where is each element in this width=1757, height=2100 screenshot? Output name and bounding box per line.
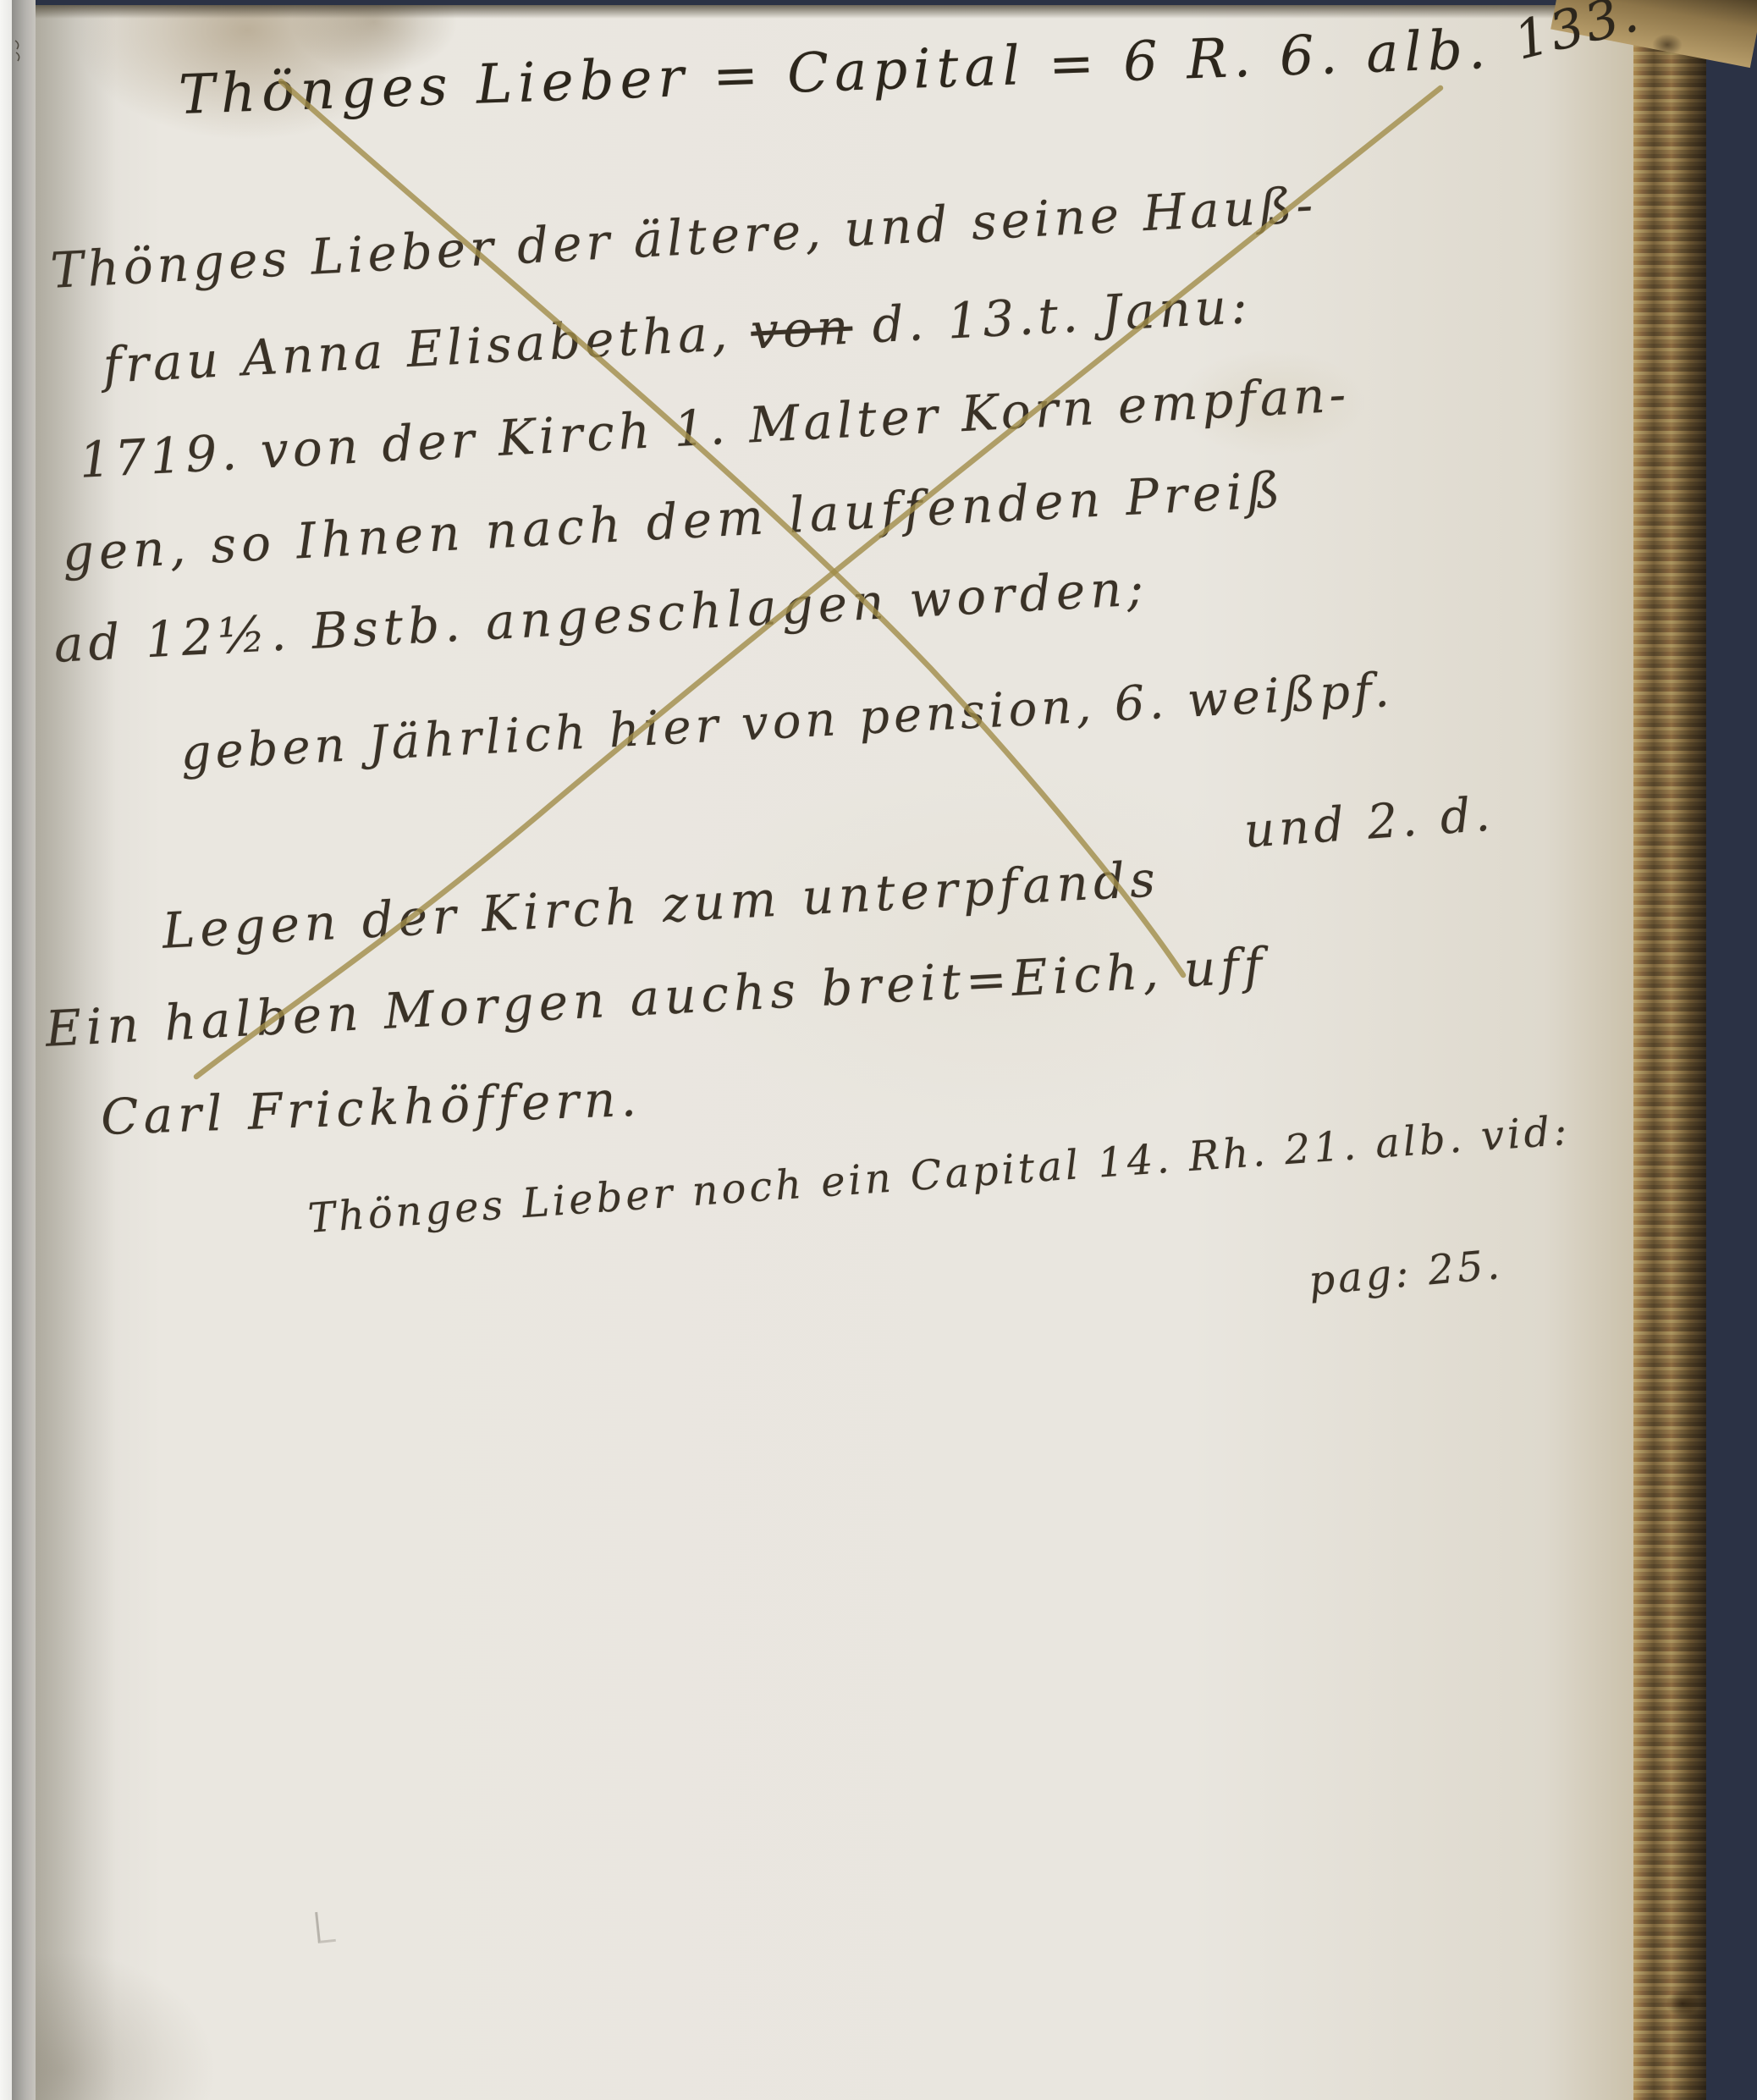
previous-page-sliver xyxy=(12,0,36,2100)
margin-squiggle xyxy=(14,37,24,71)
fore-edge-stain xyxy=(1666,1991,1699,2016)
book-fore-edge xyxy=(1633,0,1706,2100)
scanner-edge xyxy=(0,0,12,2100)
struck-word: von xyxy=(749,298,853,361)
faint-pencil-mark xyxy=(315,1910,336,1943)
page-scan: 133. Thönges Lieber = Capital = 6 R. 6. … xyxy=(0,0,1757,2100)
fore-edge-stain xyxy=(1652,34,1683,56)
